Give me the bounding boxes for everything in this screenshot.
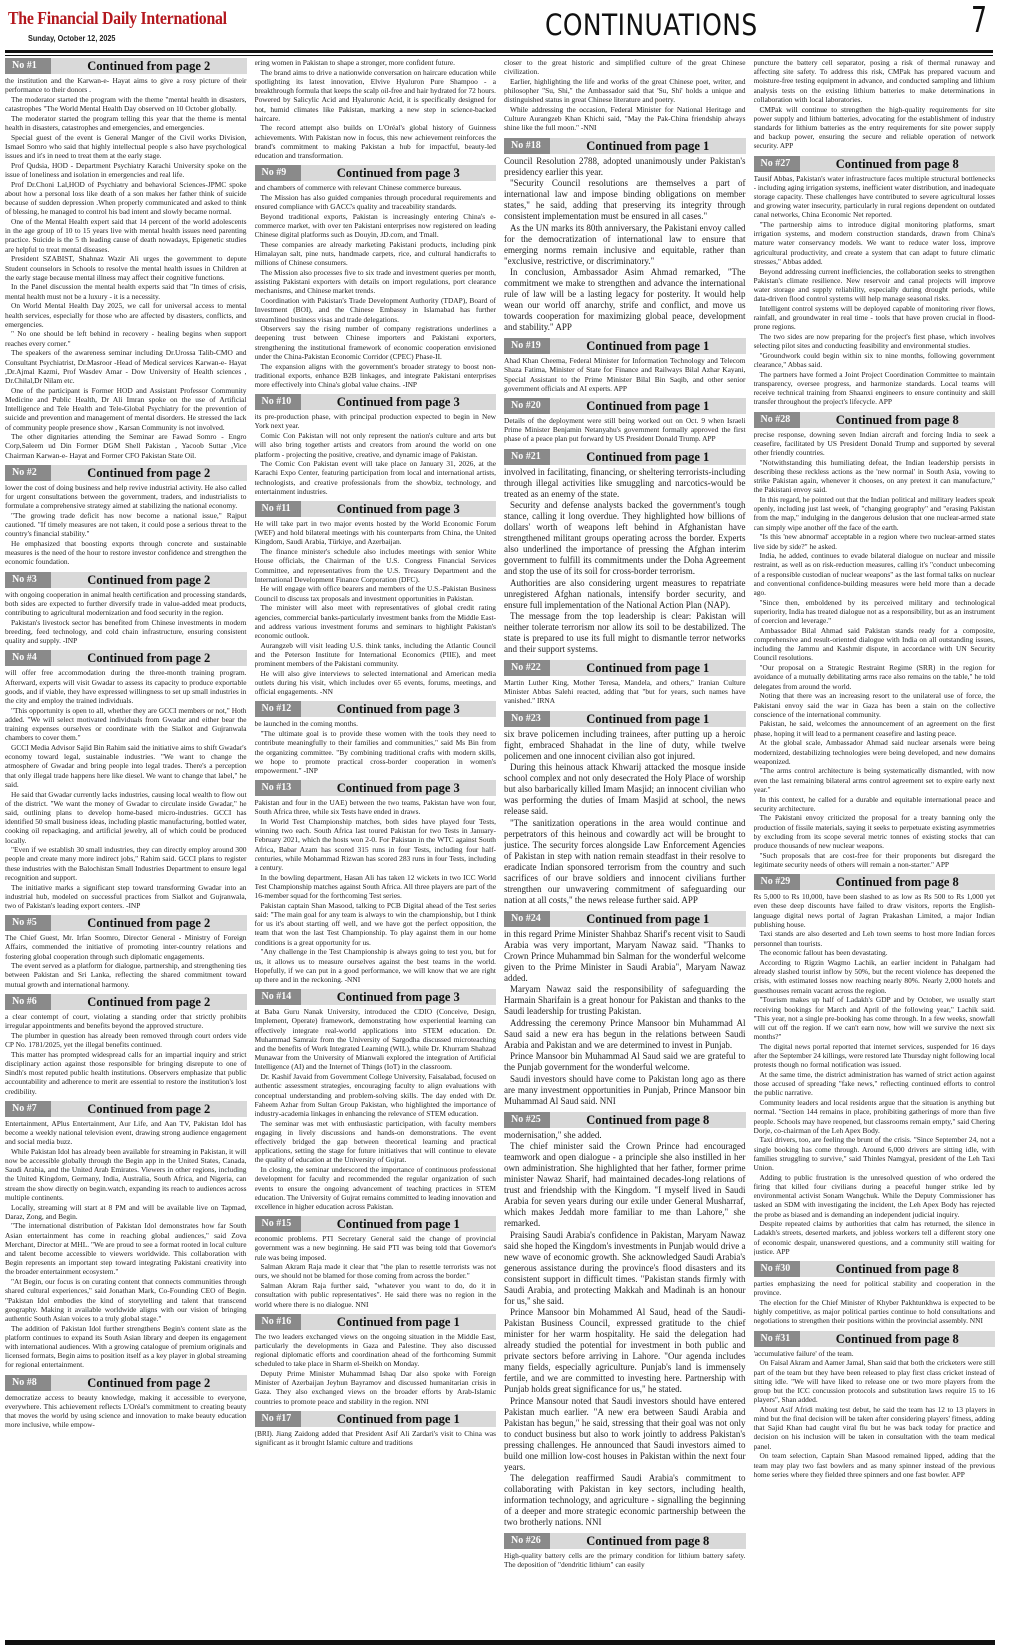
article-paragraph: At the global scale, Ambassador Ahmad sa…	[754, 738, 996, 766]
article-paragraph: While Pakistan Idol has already been ava…	[5, 1147, 247, 1202]
article-paragraph: Pakistan captain Shan Masood, talking to…	[255, 901, 497, 947]
section-continued-from: Continued from page 8	[550, 1112, 746, 1128]
article-paragraph: Ahad Khan Cheema, Federal Minister for I…	[504, 356, 746, 393]
article-paragraph: "The ultimate goal is to provide these w…	[255, 729, 497, 775]
section-continued-from: Continued from page 8	[800, 874, 996, 890]
article-paragraph: in this regard Prime Minister Shahbaz Sh…	[504, 929, 746, 984]
article-paragraph: Pakistan, he said, welcomes the announce…	[754, 719, 996, 737]
continuation-section: No #7Continued from page 2Entertainment,…	[5, 1101, 247, 1370]
continuation-section: No #2Continued from page 2lower the cost…	[5, 465, 247, 567]
section-continued-from: Continued from page 1	[301, 1411, 497, 1427]
article-paragraph: The digital news portal reported that in…	[754, 1042, 996, 1070]
article-paragraph: The two sides are now preparing for the …	[754, 332, 996, 350]
article-paragraph: precise response, downing seven Indian a…	[754, 430, 996, 458]
continuation-section: No #14Continued from page 3at Baba Guru …	[255, 989, 497, 1211]
section-header: No #5Continued from page 2	[5, 915, 247, 931]
section-number-badge: No #24	[504, 911, 550, 927]
continuation-section: No #31Continued from page 8'accumulative…	[754, 1331, 996, 1479]
article-paragraph: (BRI). Jiang Zaidong added that Presiden…	[255, 1429, 497, 1447]
article-paragraph: Salman Akram Raja further said, "whateve…	[255, 1281, 497, 1309]
article-paragraph: Rs 5,000 to Rs 10,000, have been slashed…	[754, 892, 996, 929]
continuation-section: No #8Continued from page 2democratize ac…	[5, 1375, 247, 1430]
section-header: No #25Continued from page 8	[504, 1112, 746, 1128]
section-continued-from: Continued from page 1	[550, 138, 746, 154]
article-paragraph: The initiative marks a significant step …	[5, 883, 247, 911]
section-number-badge: No #26	[504, 1533, 550, 1549]
section-header: No #30Continued from page 8	[754, 1261, 996, 1277]
article-paragraph: "At Begin, our focus is on curating cont…	[5, 1277, 247, 1323]
continuation-section: No #9Continued from page 3and chambers o…	[255, 165, 497, 389]
section-header: No #22Continued from page 1	[504, 660, 746, 676]
article-paragraph: Prof Dr.Choni Lal,HOD of Psychiatry and …	[5, 180, 247, 217]
publication-date: Sunday, October 12, 2025	[28, 33, 115, 43]
article-paragraph: Beyond addressing current inefficiencies…	[754, 267, 996, 304]
section-number-badge: No #1	[5, 58, 51, 74]
article-paragraph: six brave policemen including trainees, …	[504, 729, 746, 762]
section-continued-from: Continued from page 1	[550, 449, 746, 465]
article-paragraph: democratize access to beauty knowledge, …	[5, 1393, 247, 1430]
article-paragraph: involved in facilitating, financing, or …	[504, 467, 746, 500]
section-header: No #14Continued from page 3	[255, 989, 497, 1005]
article-paragraph: The expansion aligns with the government…	[255, 362, 497, 390]
article-paragraph: India, he added, continues to evade bila…	[754, 551, 996, 597]
section-number-badge: No #7	[5, 1101, 51, 1117]
article-paragraph: During this heinous attack Khwarij attac…	[504, 762, 746, 817]
section-header: No #23Continued from page 1	[504, 711, 746, 727]
article-paragraph: According to Rigzin Wagmo Lachik, an ear…	[754, 958, 996, 995]
section-header: No #4Continued from page 2	[5, 650, 247, 666]
article-paragraph: The Pakistani envoy criticized the propo…	[754, 813, 996, 850]
article-paragraph: Taxi stands are also deserted and Leh to…	[754, 929, 996, 947]
article-paragraph: parties emphasizing the need for politic…	[754, 1279, 996, 1297]
continuation-section: No #13Continued from page 3Pakistan and …	[255, 780, 497, 984]
section-header: No #19Continued from page 1	[504, 338, 746, 354]
article-paragraph: Council Resolution 2788, adopted unanimo…	[504, 156, 746, 178]
section-continued-from: Continued from page 1	[301, 1314, 497, 1330]
article-paragraph: Prince Mansoor bin Mohammed Al Saud, hea…	[504, 1307, 746, 1395]
article-paragraph: The chief minister said the Crown Prince…	[504, 1141, 746, 1229]
article-paragraph: "The international distribution of Pakis…	[5, 1221, 247, 1276]
section-number-badge: No #29	[754, 874, 800, 890]
section-continued-from: Continued from page 8	[800, 412, 996, 428]
column-4: puncture the battery cell separator, pos…	[754, 58, 996, 1638]
continuation-section: ering women in Pakistan to shape a stron…	[255, 58, 497, 160]
continuation-section: No #6Continued from page 2a clear contem…	[5, 994, 247, 1096]
section-continued-from: Continued from page 8	[800, 1331, 996, 1347]
article-paragraph: the institution and the Karwan-e- Hayat …	[5, 76, 247, 94]
article-paragraph: CMPak will continue to strengthen the hi…	[754, 105, 996, 151]
article-paragraph: Pakistan and four in the UAE) between th…	[255, 798, 497, 816]
article-paragraph: 'accumulative failure' of the team.	[754, 1349, 996, 1358]
continuation-section: No #28Continued from page 8precise respo…	[754, 412, 996, 870]
section-header: No #24Continued from page 1	[504, 911, 746, 927]
section-continued-from: Continued from page 1	[550, 711, 746, 727]
section-continued-from: Continued from page 2	[51, 58, 247, 74]
article-paragraph: Ambassador Bilal Ahmad said Pakistan sta…	[754, 626, 996, 663]
section-header: No #10Continued from page 3	[255, 394, 497, 410]
continuation-section: No #16Continued from page 1The two leade…	[255, 1314, 497, 1406]
article-paragraph: The addition of Pakistan Idol further st…	[5, 1324, 247, 1370]
section-number-badge: No #25	[504, 1112, 550, 1128]
section-number-badge: No #18	[504, 138, 550, 154]
article-paragraph: Intelligent control systems will be depl…	[754, 304, 996, 332]
section-number-badge: No #22	[504, 660, 550, 676]
paper-name: The Financial Daily International	[8, 8, 227, 29]
section-number-badge: No #11	[255, 501, 301, 517]
section-number-badge: No #15	[255, 1216, 301, 1232]
continuation-section: No #30Continued from page 8parties empha…	[754, 1261, 996, 1326]
article-paragraph: He emphasized that boosting exports thro…	[5, 539, 247, 567]
article-paragraph: "The growing trade deficit has now becom…	[5, 511, 247, 539]
article-paragraph: One of the participant is Former HOD and…	[5, 386, 247, 432]
article-paragraph: puncture the battery cell separator, pos…	[754, 58, 996, 104]
section-number-badge: No #28	[754, 412, 800, 428]
article-paragraph: "Since then, emboldened by its perceived…	[754, 598, 996, 626]
section-header: No #11Continued from page 3	[255, 501, 497, 517]
section-number-badge: No #14	[255, 989, 301, 1005]
section-number-badge: No #9	[255, 165, 301, 181]
article-paragraph: While addressing the occasion, Federal M…	[504, 105, 746, 133]
article-paragraph: Aurangzeb will visit leading U.S. think …	[255, 641, 497, 669]
article-paragraph: Taxi drivers, too, are feeling the brunt…	[754, 1135, 996, 1172]
section-header: No #7Continued from page 2	[5, 1101, 247, 1117]
section-continued-from: Continued from page 8	[800, 1261, 996, 1277]
section-header: No #15Continued from page 1	[255, 1216, 497, 1232]
article-paragraph: Coordination with Pakistan's Trade Devel…	[255, 296, 497, 324]
page-number: 7	[971, 0, 987, 41]
article-paragraph: Martin Luther King, Mother Teresa, Mande…	[504, 678, 746, 706]
article-paragraph: at Baba Guru Nanak University, introduce…	[255, 1007, 497, 1071]
article-paragraph: These companies are already marketing Pa…	[255, 240, 497, 268]
article-paragraph: Comic Con Pakistan will not only represe…	[255, 431, 497, 459]
section-continued-from: Continued from page 8	[550, 1533, 746, 1549]
section-number-badge: No #13	[255, 780, 301, 796]
article-paragraph: Special guest of the event is General Ma…	[5, 133, 247, 161]
article-paragraph: Prof Qudsia, HOD - Department Psychiatry…	[5, 161, 247, 179]
article-paragraph: The seminar was met with enthusiastic pa…	[255, 1119, 497, 1165]
section-header: No #27Continued from page 8	[754, 156, 996, 172]
section-continued-from: Continued from page 3	[301, 501, 497, 517]
page-section-title: CONTINUATIONS	[545, 8, 758, 42]
article-paragraph: with ongoing cooperation in animal healt…	[5, 590, 247, 618]
section-continued-from: Continued from page 2	[51, 1375, 247, 1391]
continuation-section: No #23Continued from page 1six brave pol…	[504, 711, 746, 906]
article-paragraph: Earlier, highlighting the life and works…	[504, 77, 746, 105]
continuation-section: No #19Continued from page 1Ahad Khan Che…	[504, 338, 746, 393]
continuation-section: No #27Continued from page 8Tausif Abbas,…	[754, 156, 996, 407]
article-paragraph: On Faisal Akram and Aamer Jamal, Shan sa…	[754, 1358, 996, 1404]
section-number-badge: No #31	[754, 1331, 800, 1347]
article-paragraph: He will take part in two major events ho…	[255, 519, 497, 547]
section-continued-from: Continued from page 2	[51, 1101, 247, 1117]
continuation-section: No #4Continued from page 2will offer fre…	[5, 650, 247, 910]
article-paragraph: In conclusion, Ambassador Asim Ahmad rem…	[504, 267, 746, 333]
section-continued-from: Continued from page 1	[550, 660, 746, 676]
section-header: No #21Continued from page 1	[504, 449, 746, 465]
article-columns: No #1Continued from page 2the institutio…	[5, 58, 995, 1638]
article-paragraph: The record attempt also builds on L'Oréa…	[255, 123, 497, 160]
article-paragraph: Addressing the ceremony Prince Mansoor b…	[504, 1018, 746, 1051]
section-continued-from: Continued from page 3	[301, 394, 497, 410]
continuation-section: No #18Continued from page 1Council Resol…	[504, 138, 746, 334]
article-paragraph: The finance minister's schedule also inc…	[255, 547, 497, 584]
article-paragraph: High-quality battery cells are the prima…	[504, 1551, 746, 1569]
article-paragraph: "The sanitization operations in the area…	[504, 818, 746, 906]
article-paragraph: The Mission has also guided companies th…	[255, 193, 497, 211]
article-paragraph: "Any challenge in the Test Championship …	[255, 947, 497, 984]
article-paragraph: Saudi investors should have come to Paki…	[504, 1074, 746, 1107]
article-paragraph: Maryam Nawaz said the responsibility of …	[504, 984, 746, 1017]
section-header: No #18Continued from page 1	[504, 138, 746, 154]
article-paragraph: closer to the great historic and simplif…	[504, 58, 746, 76]
continuation-section: No #20Continued from page 1Details of th…	[504, 398, 746, 444]
section-number-badge: No #12	[255, 701, 301, 717]
article-paragraph: He said that Gwadar currently lacks indu…	[5, 790, 247, 845]
article-paragraph: Details of the deployment were still bei…	[504, 416, 746, 444]
section-continued-from: Continued from page 8	[800, 156, 996, 172]
section-number-badge: No #2	[5, 465, 51, 481]
article-paragraph: Authorities are also considering urgent …	[504, 578, 746, 611]
article-paragraph: Praising Saudi Arabia's confidence in Pa…	[504, 1230, 746, 1307]
article-paragraph: The minister will also meet with represe…	[255, 603, 497, 640]
article-paragraph: "This opportunity is open to all, whethe…	[5, 706, 247, 743]
section-number-badge: No #4	[5, 650, 51, 666]
section-number-badge: No #10	[255, 394, 301, 410]
article-paragraph: The speakers of the awareness seminar in…	[5, 348, 247, 385]
article-paragraph: Entertainment, APlus Entertainment, Aur …	[5, 1119, 247, 1147]
article-paragraph: In the bowling department, Hasan Ali has…	[255, 873, 497, 901]
article-paragraph: The Comic Con Pakistan event will take p…	[255, 459, 497, 496]
column-1: No #1Continued from page 2the institutio…	[5, 58, 247, 1638]
section-number-badge: No #30	[754, 1261, 800, 1277]
article-paragraph: Prince Mansour noted that Saudi investor…	[504, 1396, 746, 1473]
section-number-badge: No #20	[504, 398, 550, 414]
section-header: No #31Continued from page 8	[754, 1331, 996, 1347]
article-paragraph: Tausif Abbas, Pakistan's water infrastru…	[754, 174, 996, 220]
article-paragraph: be launched in the coming months.	[255, 719, 497, 728]
continuation-section: No #15Continued from page 1economic prob…	[255, 1216, 497, 1309]
article-paragraph: One of the Mental Health expert said tha…	[5, 217, 247, 254]
article-paragraph: GCCI Media Advisor Sajid Bin Rahim said …	[5, 743, 247, 789]
article-paragraph: modernisation," she added.	[504, 1130, 746, 1141]
continuation-section: No #10Continued from page 3its pre-produ…	[255, 394, 497, 496]
section-number-badge: No #5	[5, 915, 51, 931]
continuation-section: No #3Continued from page 2with ongoing c…	[5, 572, 247, 646]
article-paragraph: "The arms control architecture is being …	[754, 766, 996, 794]
article-paragraph: The moderator started the program with t…	[5, 95, 247, 113]
article-paragraph: Dr. Kashif Javaid from Government Colleg…	[255, 1072, 497, 1118]
article-paragraph: ering women in Pakistan to shape a stron…	[255, 58, 497, 67]
continuation-section: No #21Continued from page 1involved in f…	[504, 449, 746, 656]
continuation-section: No #25Continued from page 8modernisation…	[504, 1112, 746, 1529]
section-number-badge: No #3	[5, 572, 51, 588]
article-paragraph: "Such proposals that are cost-free for t…	[754, 851, 996, 869]
article-paragraph: Beyond traditional exports, Pakistan is …	[255, 212, 497, 240]
section-continued-from: Continued from page 1	[550, 338, 746, 354]
section-header: No #13Continued from page 3	[255, 780, 497, 796]
section-header: No #20Continued from page 1	[504, 398, 746, 414]
continuation-section: puncture the battery cell separator, pos…	[754, 58, 996, 151]
section-number-badge: No #17	[255, 1411, 301, 1427]
article-paragraph: The message from the top leadership is c…	[504, 611, 746, 655]
article-paragraph: This matter has prompted widespread call…	[5, 1050, 247, 1096]
section-continued-from: Continued from page 1	[550, 911, 746, 927]
section-number-badge: No #16	[255, 1314, 301, 1330]
article-paragraph: "Tourism makes up half of Ladakh's GDP a…	[754, 995, 996, 1041]
section-continued-from: Continued from page 2	[51, 572, 247, 588]
article-paragraph: Deputy Prime Minister Muhammad Ishaq Dar…	[255, 1369, 497, 1406]
section-header: No #17Continued from page 1	[255, 1411, 497, 1427]
section-header: No #12Continued from page 3	[255, 701, 497, 717]
article-paragraph: About Asif Afridi making test debut, he …	[754, 1405, 996, 1451]
article-paragraph: "Notwithstanding this humiliating defeat…	[754, 458, 996, 495]
article-paragraph: In this context, he called for a durable…	[754, 795, 996, 813]
header-rule	[5, 50, 993, 56]
article-paragraph: "Groundwork could begin within six to ni…	[754, 351, 996, 369]
article-paragraph: Observers say the rising number of compa…	[255, 324, 497, 361]
continuation-section: No #24Continued from page 1in this regar…	[504, 911, 746, 1107]
article-paragraph: and chambers of commerce with relevant C…	[255, 183, 497, 192]
section-number-badge: No #6	[5, 994, 51, 1010]
column-2: ering women in Pakistan to shape a stron…	[255, 58, 497, 1638]
article-paragraph: Despite repeated claims by authorities t…	[754, 1219, 996, 1256]
section-continued-from: Continued from page 1	[550, 398, 746, 414]
article-paragraph: On team selection, Captain Shan Masood r…	[754, 1451, 996, 1479]
article-paragraph: "Our proposal on a Strategic Restraint R…	[754, 663, 996, 691]
section-continued-from: Continued from page 2	[51, 994, 247, 1010]
continuation-section: No #1Continued from page 2the institutio…	[5, 58, 247, 460]
article-paragraph: its pre-production phase, with principal…	[255, 412, 497, 430]
section-header: No #29Continued from page 8	[754, 874, 996, 890]
article-paragraph: At the same time, the district administr…	[754, 1070, 996, 1098]
article-paragraph: The plumber in question has already been…	[5, 1031, 247, 1049]
continuation-section: No #5Continued from page 2The Chief Gues…	[5, 915, 247, 989]
article-paragraph: In this regard, he pointed out that the …	[754, 495, 996, 532]
section-header: No #16Continued from page 1	[255, 1314, 497, 1330]
article-paragraph: In closing, the seminar underscored the …	[255, 1165, 497, 1211]
section-continued-from: Continued from page 2	[51, 915, 247, 931]
article-paragraph: The delegation reaffirmed Saudi Arabia's…	[504, 1473, 746, 1528]
section-header: No #3Continued from page 2	[5, 572, 247, 588]
article-paragraph: Adding to public frustration is the unre…	[754, 1173, 996, 1219]
section-continued-from: Continued from page 1	[301, 1216, 497, 1232]
continuation-section: No #11Continued from page 3He will take …	[255, 501, 497, 696]
section-header: No #6Continued from page 2	[5, 994, 247, 1010]
article-paragraph: The Mission also processes five to six t…	[255, 268, 497, 296]
article-paragraph: will offer free accommodation during the…	[5, 668, 247, 705]
article-paragraph: The election for the Chief Minister of K…	[754, 1298, 996, 1326]
article-paragraph: The partners have formed a Joint Project…	[754, 370, 996, 407]
article-paragraph: Salman Akram Raja made it clear that "th…	[255, 1262, 497, 1280]
article-paragraph: He will also give interviews to selected…	[255, 669, 497, 697]
section-number-badge: No #8	[5, 1375, 51, 1391]
article-paragraph: "The partnership aims to introduce digit…	[754, 220, 996, 266]
article-paragraph: In the Panel discussion the mental healt…	[5, 282, 247, 300]
section-header: No #26Continued from page 8	[504, 1533, 746, 1549]
masthead: The Financial Daily International Sunday…	[0, 0, 1022, 52]
article-paragraph: The two leaders exchanged views on the o…	[255, 1332, 497, 1369]
article-paragraph: " No one should be left behind in recove…	[5, 329, 247, 347]
section-continued-from: Continued from page 3	[301, 165, 497, 181]
article-paragraph: "Is this 'new abnormal' acceptable in a …	[754, 532, 996, 550]
continuation-section: No #12Continued from page 3be launched i…	[255, 701, 497, 775]
section-header: No #9Continued from page 3	[255, 165, 497, 181]
continuation-section: No #26Continued from page 8High-quality …	[504, 1533, 746, 1569]
article-paragraph: lower the cost of doing business and hel…	[5, 483, 247, 511]
article-paragraph: Security and defense analysts backed the…	[504, 500, 746, 577]
continuation-section: No #22Continued from page 1Martin Luther…	[504, 660, 746, 706]
article-paragraph: economic problems. PTI Secretary General…	[255, 1234, 497, 1262]
section-number-badge: No #23	[504, 711, 550, 727]
article-paragraph: The economic fallout has been devastatin…	[754, 948, 996, 957]
article-paragraph: As the UN marks its 80th anniversary, th…	[504, 223, 746, 267]
article-paragraph: On World Mental Health Day 2025, we call…	[5, 301, 247, 329]
section-continued-from: Continued from page 2	[51, 465, 247, 481]
section-header: No #28Continued from page 8	[754, 412, 996, 428]
article-paragraph: He will engage with office bearers and m…	[255, 584, 497, 602]
article-paragraph: Prince Mansoor bin Muhammad Al Saud said…	[504, 1051, 746, 1073]
article-paragraph: The Chief Guest, Mr. Irfan Soomro, Direc…	[5, 933, 247, 961]
section-header: No #2Continued from page 2	[5, 465, 247, 481]
article-paragraph: The moderator started the program tellin…	[5, 114, 247, 132]
column-3: closer to the great historic and simplif…	[504, 58, 746, 1638]
section-number-badge: No #19	[504, 338, 550, 354]
article-paragraph: The event served as a platform for dialo…	[5, 961, 247, 989]
article-paragraph: Community leaders and local residents ar…	[754, 1098, 996, 1135]
article-paragraph: a clear contempt of court, violating a s…	[5, 1012, 247, 1030]
section-continued-from: Continued from page 3	[301, 989, 497, 1005]
article-paragraph: "Even if we establish 30 small industrie…	[5, 845, 247, 882]
section-continued-from: Continued from page 3	[301, 701, 497, 717]
section-header: No #1Continued from page 2	[5, 58, 247, 74]
article-paragraph: Noting that there was an increasing reso…	[754, 691, 996, 719]
footer-rule	[5, 1640, 995, 1645]
section-number-badge: No #27	[754, 156, 800, 172]
article-paragraph: In World Test Championship matches, both…	[255, 817, 497, 872]
article-paragraph: President SZABIST, Shahnaz Wazir Ali urg…	[5, 254, 247, 282]
article-paragraph: Locally, streaming will start at 8 PM an…	[5, 1203, 247, 1221]
article-paragraph: The other dignitaries attending the Semi…	[5, 432, 247, 460]
section-header: No #8Continued from page 2	[5, 1375, 247, 1391]
continuation-section: No #17Continued from page 1(BRI). Jiang …	[255, 1411, 497, 1447]
continuation-section: closer to the great historic and simplif…	[504, 58, 746, 133]
article-paragraph: The brand aims to drive a nationwide con…	[255, 68, 497, 123]
section-continued-from: Continued from page 3	[301, 780, 497, 796]
section-number-badge: No #21	[504, 449, 550, 465]
article-paragraph: "Security Council resolutions are themse…	[504, 178, 746, 222]
article-paragraph: Pakistan's livestock sector has benefite…	[5, 618, 247, 646]
continuation-section: No #29Continued from page 8Rs 5,000 to R…	[754, 874, 996, 1256]
section-continued-from: Continued from page 2	[51, 650, 247, 666]
